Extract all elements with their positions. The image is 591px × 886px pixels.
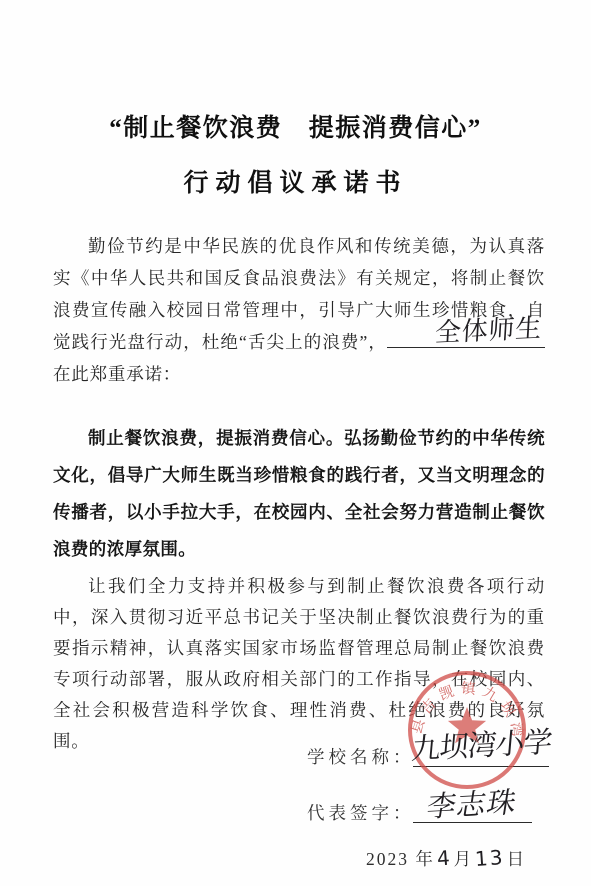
date-year: 2023 年	[366, 849, 435, 869]
page-title-line1: “制止餐饮浪费 提振消费信心”	[0, 108, 591, 144]
date-month-handwritten: 4	[436, 846, 452, 871]
name-blank-underline: 全体师生	[387, 327, 545, 348]
handwritten-commitment-name: 全体师生	[399, 313, 543, 351]
date-day-label: 日	[507, 849, 527, 869]
paragraph-commitment: 制止餐饮浪费，提振消费信心。弘扬勤俭节约的中华传统文化，倡导广大师生既当珍惜粮食…	[53, 420, 545, 568]
page-title-line2: 行动倡议承诺书	[0, 163, 591, 199]
date-line: 2023 年4月13日	[366, 846, 526, 871]
representative-signature-handwritten: 李志珠	[424, 780, 520, 826]
paragraph-intro: 勤俭节约是中华民族的优良作风和传统美德，为认真落实《中华人民共和国反食品浪费法》…	[53, 230, 545, 390]
scanned-document-page: “制止餐饮浪费 提振消费信心” 行动倡议承诺书 勤俭节约是中华民族的优良作风和传…	[0, 0, 591, 886]
representative-label: 代表签字：	[307, 800, 417, 825]
school-name-handwritten: 九坝湾小学	[410, 719, 553, 768]
date-month-label: 月	[454, 849, 474, 869]
intro-text-after-blank: 在此郑重承诺：	[53, 364, 181, 384]
date-day-handwritten: 13	[474, 845, 505, 871]
